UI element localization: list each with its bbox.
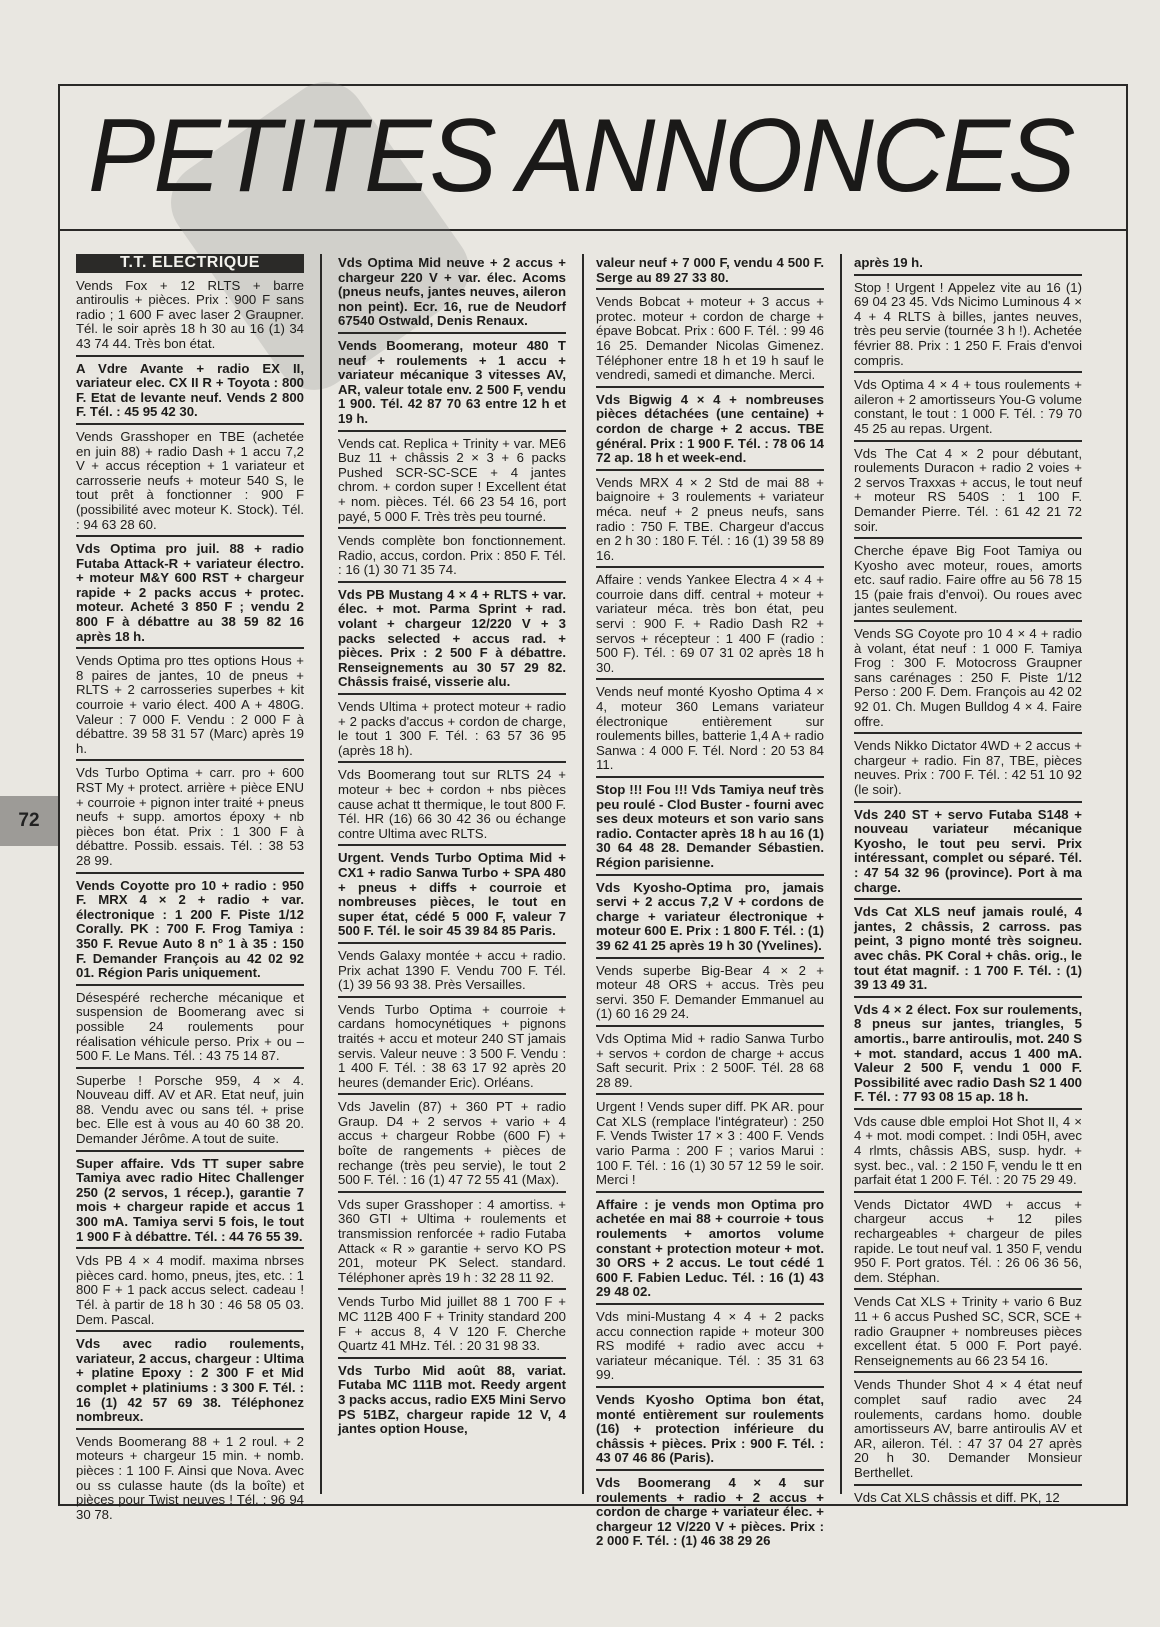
page-title: PETITES ANNONCES [88,96,1073,216]
classified-ad: Vends Turbo Optima + courroie + cardans … [338,1001,566,1096]
classified-ad: Vends Boomerang, moteur 480 T neuf + rou… [338,337,566,432]
classified-ad: Désespéré recherche mécanique et suspens… [76,989,304,1069]
ads-column-3: valeur neuf + 7 000 F, vendu 4 500 F. Se… [596,254,824,1555]
classified-ad: Vds Boomerang tout sur RLTS 24 + moteur … [338,766,566,846]
classified-ad: A Vdre Avante + radio EX II, variateur e… [76,360,304,425]
classified-ad: Vds Optima pro juil. 88 + radio Futaba A… [76,540,304,649]
ads-list: Vds Optima Mid neuve + 2 accus + chargeu… [338,254,566,1440]
classified-ad: Vds Optima Mid + radio Sanwa Turbo + ser… [596,1030,824,1095]
classified-ad: Vds Turbo Optima + carr. pro + 600 RST M… [76,764,304,873]
classified-ad: après 19 h. [854,254,1082,276]
classified-ad: Vends Bobcat + moteur + 3 accus + protec… [596,293,824,388]
classified-ad: Vends Optima pro ttes options Hous + 8 p… [76,652,304,761]
classified-ad: Vds avec radio roulements, variateur, 2 … [76,1335,304,1430]
ads-column-4: après 19 h.Stop ! Urgent ! Appelez vite … [854,254,1082,1511]
classified-ad: Vends cat. Replica + Trinity + var. ME6 … [338,435,566,530]
classifieds-frame: PETITES ANNONCES T.T. ELECTRIQUE Vends F… [58,84,1128,1506]
classified-ad: Vds The Cat 4 × 2 pour débutant, rouleme… [854,445,1082,540]
classified-ad: Vds mini-Mustang 4 × 4 + 2 packs accu co… [596,1308,824,1388]
classified-ad: Vends Ultima + protect moteur + radio + … [338,698,566,763]
classified-ad: Vds super Grasshoper : 4 amortiss. + 360… [338,1196,566,1291]
classified-ad: Vends Grasshoper en TBE (achetée en juin… [76,428,304,537]
classified-ad: Vds Javelin (87) + 360 PT + radio Graup.… [338,1098,566,1193]
section-heading: T.T. ELECTRIQUE [76,254,304,273]
ads-list: valeur neuf + 7 000 F, vendu 4 500 F. Se… [596,254,824,1552]
classified-ad: Stop ! Urgent ! Appelez vite au 16 (1) 6… [854,279,1082,374]
column-divider [840,254,842,1494]
classified-ad: Vends superbe Big-Bear 4 × 2 + moteur 48… [596,962,824,1027]
classified-ad: Vds 240 ST + servo Futaba S148 + nouveau… [854,806,1082,901]
classified-ad: Cherche épave Big Foot Tamiya ou Kyosho … [854,542,1082,622]
column-divider [582,254,584,1494]
classified-ad: Vends Galaxy montée + accu + radio. Prix… [338,947,566,998]
ads-column-2: Vds Optima Mid neuve + 2 accus + chargeu… [338,254,566,1443]
classified-ad: Vds Optima Mid neuve + 2 accus + chargeu… [338,254,566,334]
classified-ad: Vds Cat XLS neuf jamais roulé, 4 jantes,… [854,903,1082,998]
page-number-tab: 72 [0,796,58,846]
classified-ad: Vds 4 × 2 élect. Fox sur roulements, 8 p… [854,1001,1082,1110]
classified-ad: Affaire : vends Yankee Electra 4 × 4 + c… [596,571,824,680]
classified-ad: Urgent. Vends Turbo Optima Mid + CX1 + r… [338,849,566,944]
page-number: 72 [18,810,39,832]
classified-ad: Super affaire. Vds TT super sabre Tamiya… [76,1155,304,1250]
classified-ad: Vends SG Coyote pro 10 4 × 4 + radio à v… [854,625,1082,734]
ads-list: Vends Fox + 12 RLTS + barre antiroulis +… [76,277,304,1526]
classified-ad: Vds Cat XLS châssis et diff. PK, 12 [854,1489,1082,1509]
title-band: PETITES ANNONCES [60,86,1126,231]
ads-columns: T.T. ELECTRIQUE Vends Fox + 12 RLTS + ba… [76,254,1110,1484]
classified-ad: Vends Fox + 12 RLTS + barre antiroulis +… [76,277,304,357]
classified-ad: Vends complète bon fonctionnement. Radio… [338,532,566,583]
classified-ad: Vds Optima 4 × 4 + tous roulements + ail… [854,376,1082,441]
classified-ad: valeur neuf + 7 000 F, vendu 4 500 F. Se… [596,254,824,290]
classified-ad: Vends MRX 4 × 2 Std de mai 88 + baignoir… [596,474,824,569]
classified-ad: Vds Kyosho-Optima pro, jamais servi + 2 … [596,879,824,959]
classified-ad: Vends Thunder Shot 4 × 4 état neuf compl… [854,1376,1082,1485]
ads-list: après 19 h.Stop ! Urgent ! Appelez vite … [854,254,1082,1508]
classified-ad: Vends Turbo Mid juillet 88 1 700 F + MC … [338,1293,566,1358]
classified-ad: Vds Bigwig 4 × 4 + nombreuses pièces dét… [596,391,824,471]
classified-ad: Superbe ! Porsche 959, 4 × 4. Nouveau di… [76,1072,304,1152]
classified-ad: Stop !!! Fou !!! Vds Tamiya neuf très pe… [596,781,824,876]
classified-ad: Vds PB Mustang 4 × 4 + RLTS + var. élec.… [338,586,566,695]
classified-ad: Vds cause dble emploi Hot Shot II, 4 × 4… [854,1113,1082,1193]
classified-ad: Vends Boomerang 88 + 1 2 roul. + 2 moteu… [76,1433,304,1526]
classified-ad: Vends neuf monté Kyosho Optima 4 × 4, mo… [596,683,824,778]
classified-ad: Vends Kyosho Optima bon état, monté enti… [596,1391,824,1471]
classified-ad: Vends Dictator 4WD + accus + chargeur ac… [854,1196,1082,1291]
classified-ad: Vends Coyotte pro 10 + radio : 950 F. MR… [76,877,304,986]
classified-ad: Affaire : je vends mon Optima pro acheté… [596,1196,824,1305]
classified-ad: Vds Turbo Mid août 88, variat. Futaba MC… [338,1362,566,1440]
ads-column-1: T.T. ELECTRIQUE Vends Fox + 12 RLTS + ba… [76,254,304,1528]
column-divider [320,254,322,1494]
classified-ad: Vends Cat XLS + Trinity + vario 6 Buz 11… [854,1293,1082,1373]
classified-ad: Vds Boomerang 4 × 4 sur roulements + rad… [596,1474,824,1552]
classified-ad: Urgent ! Vends super diff. PK AR. pour C… [596,1098,824,1193]
classified-ad: Vds PB 4 × 4 modif. maxima nbrses pièces… [76,1252,304,1332]
classified-ad: Vends Nikko Dictator 4WD + 2 accus + cha… [854,737,1082,802]
